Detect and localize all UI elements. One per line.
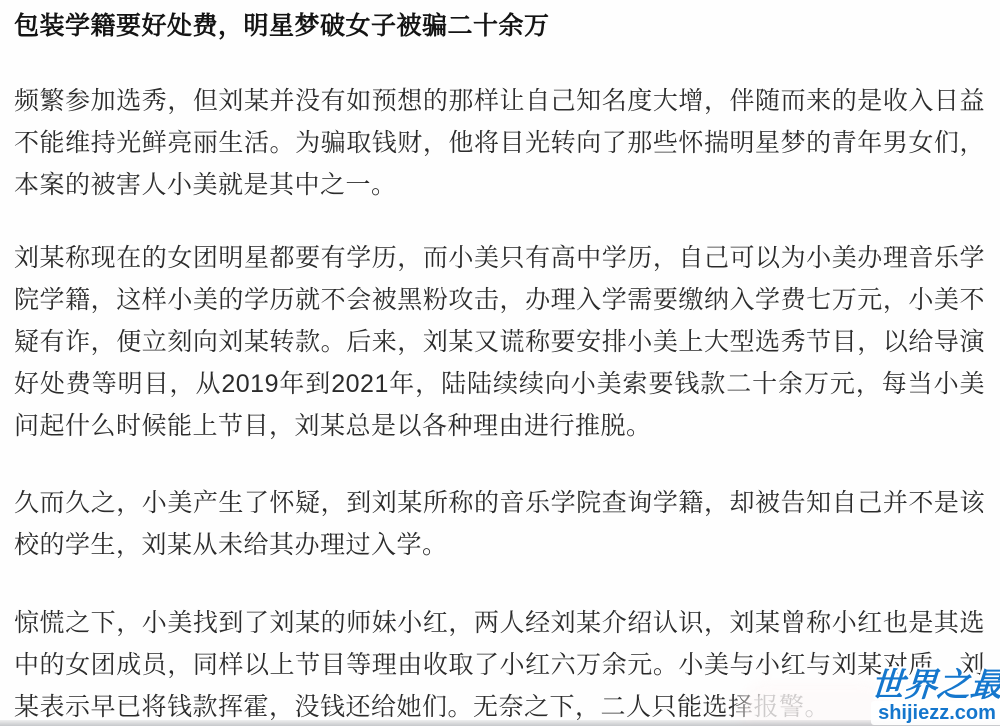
site-watermark-logo: 世界之最 shijiezz.com (871, 668, 1000, 725)
article-paragraph-2: 刘某称现在的女团明星都要有学历，而小美只有高中学历，自己可以为小美办理音乐学院学… (14, 237, 985, 447)
article-paragraph-3: 久而久之，小美产生了怀疑，到刘某所称的音乐学院查询学籍，却被告知自己并不是该校的… (14, 482, 985, 566)
watermark-site-url: shijiezz.com (871, 701, 1000, 725)
watermark-site-name: 世界之最 (870, 668, 1000, 701)
bottom-edge-strip (0, 720, 1000, 726)
article-paragraph-1: 频繁参加选秀，但刘某并没有如预想的那样让自己知名度大增，伴随而来的是收入日益不能… (14, 80, 985, 206)
article-title: 包装学籍要好处费，明星梦破女子被骗二十余万 (14, 10, 985, 42)
article-page: 包装学籍要好处费，明星梦破女子被骗二十余万 频繁参加选秀，但刘某并没有如预想的那… (0, 0, 1000, 726)
